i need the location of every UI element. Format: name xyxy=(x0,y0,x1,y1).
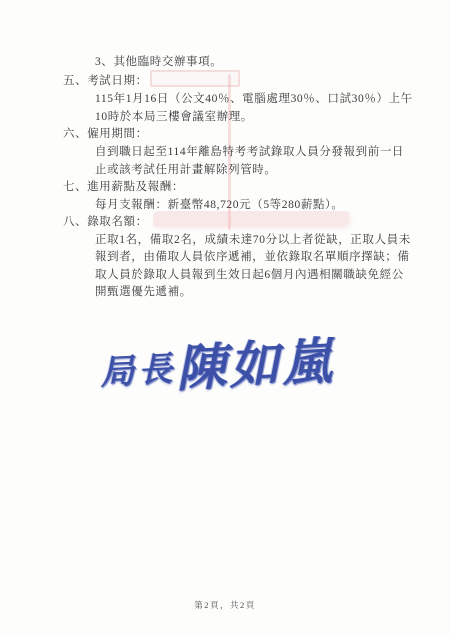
section-5-line-1: 115年1月16日（公文40％、電腦處理30％、口試30％）上午 xyxy=(95,92,413,107)
signature-title: 局長 xyxy=(99,351,177,392)
section-7-line-1: 每月支報酬：新臺幣48,720元（5等280薪點）。 xyxy=(95,198,343,213)
section-7-salary-heading: 七、進用薪點及報酬： xyxy=(63,180,184,195)
section-6-line-2: 止或該考試任用計畫解除列管時。 xyxy=(95,163,277,178)
section-5-exam-date-heading: 五、考試日期： xyxy=(63,74,148,89)
scan-bleed-artifact-box xyxy=(150,70,240,87)
item-3-other-matters: 3、其他臨時交辦事項。 xyxy=(95,55,222,70)
section-8-line-1: 正取1名，備取2名，成績未達70分以上者從缺，正取人員未 xyxy=(95,233,411,248)
page-footer: 第2頁，共2頁 xyxy=(0,599,450,611)
section-8-line-4: 開甄選優先遞補。 xyxy=(95,285,192,300)
section-8-line-2: 報到者，由備取人員依序遞補，並依錄取名單順序擇缺；備 xyxy=(95,250,410,265)
scan-bleed-artifact-smudge xyxy=(153,211,349,227)
section-8-quota-heading: 八、錄取名額： xyxy=(63,215,148,230)
document-page: 3、其他臨時交辦事項。 五、考試日期： 115年1月16日（公文40％、電腦處理… xyxy=(0,0,450,636)
section-8-line-3: 取人員於錄取人員報到生效日起6個月內遇相關職缺免經公 xyxy=(95,268,404,283)
section-5-line-2: 10時於本局三樓會議室辦理。 xyxy=(95,110,253,125)
section-6-line-1: 自到職日起至114年離島特考考試錄取人員分發報到前一日 xyxy=(95,145,404,160)
director-signature-stamp: 局長陳如嵐 xyxy=(98,319,371,405)
signature-name: 陳如嵐 xyxy=(175,333,337,397)
section-6-employment-period-heading: 六、僱用期間： xyxy=(63,127,148,142)
